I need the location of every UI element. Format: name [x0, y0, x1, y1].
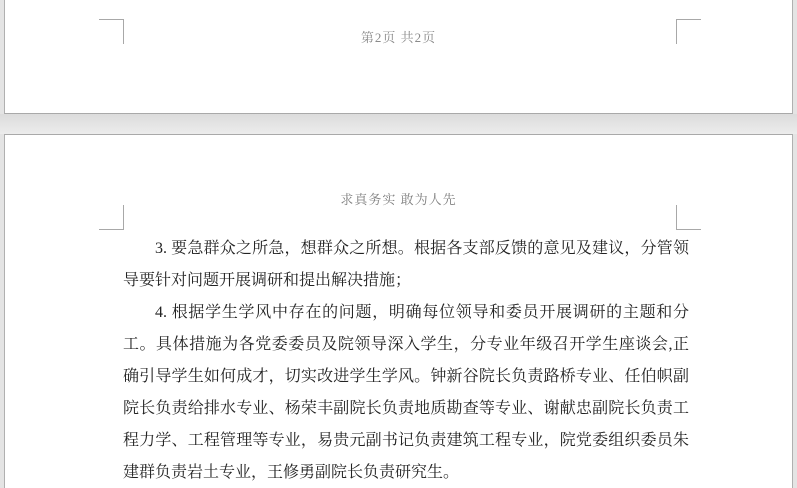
body-line[interactable]: 院长负责给排水专业、杨荣丰副院长负责地质勘查等专业、谢献忠副院长负责工 [123, 393, 689, 425]
body-line[interactable]: 程力学、工程管理等专业，易贵元副书记负责建筑工程专业，院党委组织委员朱 [123, 425, 689, 457]
body-line[interactable]: 确引导学生如何成才，切实改进学生学风。钟新谷院长负责路桥专业、任伯帜副 [123, 361, 689, 393]
body-line[interactable]: 4. 根据学生学风中存在的问题，明确每位领导和委员开展调研的主题和分 [123, 297, 689, 329]
body-line[interactable]: 3. 要急群众之所急，想群众之所想。根据各支部反馈的意见及建议，分管领 [123, 233, 689, 265]
body-line[interactable]: 建群负责岩土专业，王修勇副院长负责研究生。 [123, 457, 689, 488]
document-canvas: 第2页 共2页 求真务实 敢为人先 3. 要急群众之所急，想群众之所想。根据各支… [0, 0, 797, 488]
crop-mark-top-left-icon [99, 205, 124, 230]
body-line[interactable]: 工。具体措施为各党委委员及院领导深入学生，分专业年级召开学生座谈会,正 [123, 329, 689, 361]
crop-mark-top-right-icon [676, 205, 701, 230]
body-line[interactable]: 导要针对问题开展调研和提出解决措施； [123, 265, 689, 297]
page-gap [0, 114, 797, 134]
page-footer: 第2页 共2页 [5, 27, 792, 46]
page-current[interactable]: 求真务实 敢为人先 3. 要急群众之所急，想群众之所想。根据各支部反馈的意见及建… [4, 134, 793, 488]
document-body[interactable]: 3. 要急群众之所急，想群众之所想。根据各支部反馈的意见及建议，分管领 导要针对… [123, 233, 689, 488]
page-previous[interactable]: 第2页 共2页 [4, 0, 793, 114]
